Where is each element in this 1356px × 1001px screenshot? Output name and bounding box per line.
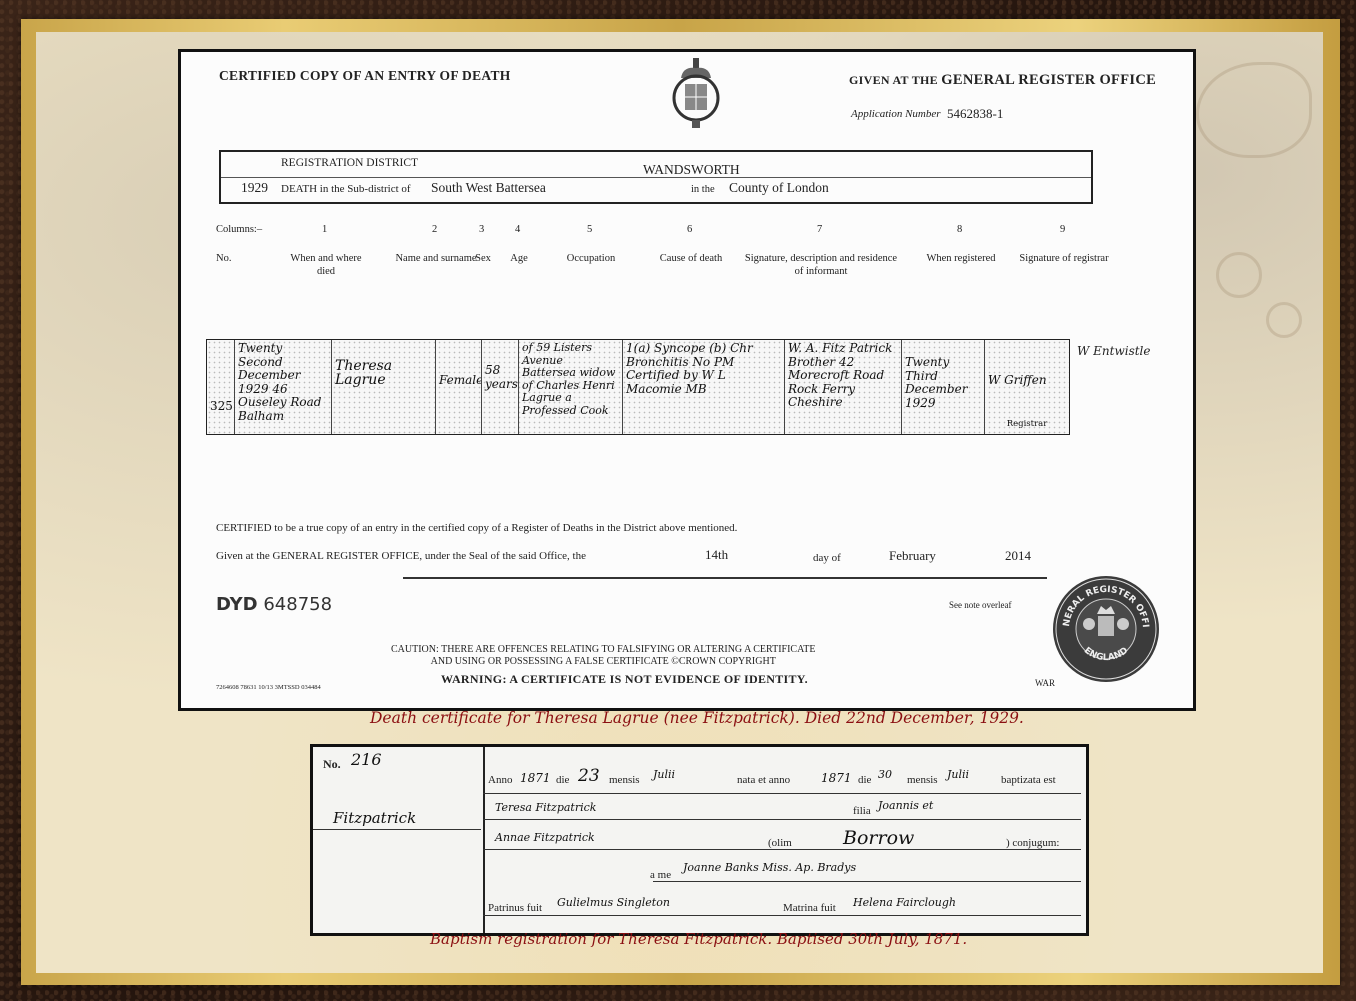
entry-occupation: of 59 Listers Avenue Battersea widow of … — [519, 340, 623, 434]
certified-statement: CERTIFIED to be a true copy of an entry … — [216, 522, 737, 534]
caution-text: CAUTION: THERE ARE OFFENCES RELATING TO … — [391, 644, 815, 668]
baptism-day: 30 — [878, 768, 892, 781]
column-header-6: Cause of death — [641, 252, 741, 265]
registration-year: 1929 — [241, 180, 268, 196]
godmother-name: Helena Fairclough — [853, 896, 956, 909]
registrar-label: Registrar — [985, 418, 1069, 432]
anno-label: Anno — [488, 774, 512, 786]
serial-number: DYD 648758 — [216, 594, 332, 615]
issue-month: February — [889, 548, 936, 564]
column-header-3: Sex — [463, 252, 503, 265]
column-header-no: No. — [216, 252, 246, 265]
certificate-title: CERTIFIED COPY OF AN ENTRY OF DEATH — [219, 68, 511, 84]
registration-district-box: REGISTRATION DISTRICT WANDSWORTH 1929 DE… — [219, 150, 1093, 204]
baptism-register: No. 216 Fitzpatrick Anno 1871 die 23 men… — [310, 744, 1089, 936]
column-header-5: Occupation — [551, 252, 631, 265]
priest-name: Joanne Banks Miss. Ap. Bradys — [683, 861, 856, 874]
baptism-no-value: 216 — [351, 750, 382, 769]
column-number-3: 3 — [479, 224, 484, 235]
given-statement: Given at the GENERAL REGISTER OFFICE, un… — [216, 550, 586, 562]
subdistrict-label: DEATH in the Sub-district of — [281, 183, 411, 195]
signature-line — [403, 577, 1047, 579]
entry-when-where: Twenty Second December 1929 46 Ouseley R… — [235, 340, 332, 434]
matrina-label: Matrina fuit — [783, 902, 836, 914]
baptism-no-label: No. — [323, 757, 341, 772]
columns-label: Columns:– — [216, 224, 262, 235]
entry-informant: W. A. Fitz Patrick Brother 42 Morecroft … — [785, 340, 902, 434]
maiden-name: Borrow — [843, 827, 914, 849]
in-the-label: in the — [691, 184, 715, 195]
column-header-1: When and where died — [281, 252, 371, 278]
column-header-7: Signature, description and residence of … — [741, 252, 901, 278]
application-number: 5462838-1 — [947, 106, 1003, 122]
column-header-9: Signature of registrar — [1019, 252, 1109, 265]
warning-text: WARNING: A CERTIFICATE IS NOT EVIDENCE O… — [441, 672, 808, 687]
die-label-2: die — [858, 774, 871, 786]
column-header-8: When registered — [921, 252, 1001, 265]
patrinus-label: Patrinus fuit — [488, 902, 542, 914]
a-me-label: a me — [650, 869, 671, 881]
mensis-label-2: mensis — [907, 774, 938, 786]
entry-when-registered: Twenty Third December 1929 — [902, 340, 985, 434]
baptizata-label: baptizata est — [1001, 774, 1056, 786]
godfather-name: Gulielmus Singleton — [557, 896, 670, 909]
entry-sex: Female — [436, 340, 482, 434]
day-of-label: day of — [813, 552, 841, 564]
child-name: Teresa Fitzpatrick — [495, 801, 596, 814]
death-certificate-caption: Death certificate for Theresa Lagrue (ne… — [370, 709, 1024, 727]
application-number-label: Application Number — [851, 108, 941, 120]
column-number-7: 7 — [817, 224, 822, 235]
olim-label: (olim — [768, 837, 792, 849]
conjugum-label: ) conjugum: — [1006, 837, 1059, 849]
county: County of London — [729, 180, 829, 196]
father-name: Joannis et — [878, 799, 933, 812]
column-number-2: 2 — [432, 224, 437, 235]
column-number-5: 5 — [587, 224, 592, 235]
column-number-6: 6 — [687, 224, 692, 235]
baptism-year: 1871 — [821, 771, 852, 785]
birth-year: 1871 — [520, 771, 551, 785]
death-certificate: CERTIFIED COPY OF AN ENTRY OF DEATH GIVE… — [178, 49, 1196, 711]
entry-cause: 1(a) Syncope (b) Chr Bronchitis No PM Ce… — [623, 340, 785, 434]
registration-district-label: REGISTRATION DISTRICT — [281, 157, 418, 169]
birth-day: 23 — [578, 766, 600, 786]
entry-name: Theresa Lagrue — [332, 340, 436, 434]
nata-label: nata et anno — [737, 774, 790, 786]
form-code: 7264608 78631 10/13 3MTSSD 034484 — [216, 684, 321, 691]
mensis-label: mensis — [609, 774, 640, 786]
issue-year: 2014 — [1005, 548, 1031, 564]
baptism-left-column: No. 216 Fitzpatrick — [313, 747, 485, 933]
subdistrict: South West Battersea — [431, 180, 546, 196]
registrar-signature: W Griffen Registrar — [985, 340, 1069, 434]
die-label: die — [556, 774, 569, 786]
column-header-4: Age — [499, 252, 539, 265]
column-number-1: 1 — [322, 224, 327, 235]
mother-name: Annae Fitzpatrick — [495, 831, 595, 844]
column-number-8: 8 — [957, 224, 962, 235]
see-note-overleaf: See note overleaf — [949, 600, 1011, 610]
royal-crest-icon — [669, 56, 723, 132]
registration-district: WANDSWORTH — [643, 162, 740, 178]
entry-age: 58 years — [482, 340, 519, 434]
entry-number: 325 — [207, 340, 235, 434]
column-number-4: 4 — [515, 224, 520, 235]
column-number-9: 9 — [1060, 224, 1065, 235]
given-at: GIVEN AT THE GENERAL REGISTER OFFICE — [849, 72, 1156, 89]
filia-label: filia — [853, 805, 871, 817]
birth-month: Julii — [653, 768, 675, 781]
baptism-surname: Fitzpatrick — [333, 809, 416, 827]
issue-day: 14th — [705, 547, 728, 563]
baptism-month: Julii — [947, 768, 969, 781]
death-entry-row: 325 Twenty Second December 1929 46 Ousel… — [206, 339, 1070, 435]
baptism-caption: Baptism registration for Theresa Fitzpat… — [430, 930, 967, 948]
gro-seal-icon: GENERAL REGISTER OFFICE ENGLAND — [1051, 574, 1161, 684]
margin-signature: W Entwistle — [1077, 344, 1151, 358]
